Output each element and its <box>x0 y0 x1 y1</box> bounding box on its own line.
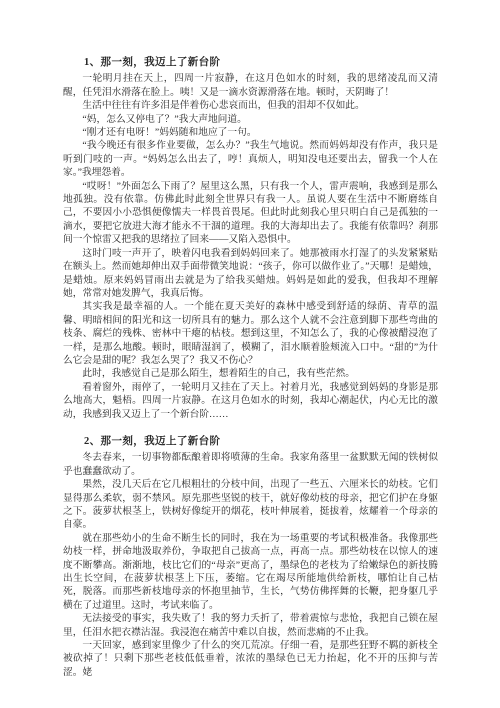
paragraph: 无法接受的事实，我失败了！我的努力夭折了，带着震惊与悲怆，我把自己锁在屋里，任泪… <box>63 612 438 639</box>
paragraph: “哎呀！”外面怎么下雨了？屋里这么黑，只有我一个人，雷声震响，我感到是那么地孤独… <box>63 180 438 247</box>
paragraph: 果然，没几天后在它几根粗壮的分枝中间，出现了一些五、六厘米长的幼枝。它们显得那么… <box>63 478 438 532</box>
essay-2: 2、那一刻，我迈上了新台阶 冬去春来，一切事物都酝酿着即将喷薄的生命。我家角落里… <box>63 435 438 679</box>
essay-2-title: 2、那一刻，我迈上了新台阶 <box>63 435 438 448</box>
paragraph: 看着窗外，雨停了，一轮明月又挂在了天上。衬着月光，我感觉到妈妈的身影是那么地高大… <box>63 381 438 421</box>
paragraph: 此时，我感觉自己是那么陌生，想着陌生的自己，我有些茫然。 <box>63 367 438 380</box>
paragraph: 生活中往往有许多泪是伴着伤心悲哀而出，但我的泪却不仅如此。 <box>63 99 438 112</box>
document-page: 1、那一刻，我迈上了新台阶 一轮明月挂在天上，四周一片寂静，在这月色如水的时刻，… <box>0 0 500 708</box>
paragraph: “刚才还有电呀！”妈妈随和地应了一句。 <box>63 126 438 139</box>
paragraph: “妈，怎么又停电了？”我大声地问道。 <box>63 113 438 126</box>
paragraph: 一天回家，感到家里像少了什么的突兀荒凉。仔细一看，是那些狂野不羁的新枝全被砍掉了… <box>63 639 438 679</box>
paragraph: 冬去春来，一切事物都酝酿着即将喷薄的生命。我家角落里一盆默默无闻的铁树似乎也蠢蠢… <box>63 451 438 478</box>
essay-1-title: 1、那一刻，我迈上了新台阶 <box>63 56 438 69</box>
essay-1: 1、那一刻，我迈上了新台阶 一轮明月挂在天上，四周一片寂静，在这月色如水的时刻，… <box>63 56 438 421</box>
paragraph: “我今晚还有很多作业要做，怎么办？”我生气地说。然而妈妈却没有作声，我只是听到门… <box>63 139 438 179</box>
paragraph: 一轮明月挂在天上，四周一片寂静，在这月色如水的时刻，我的思绪凌乱而又清醒，任凭泪… <box>63 72 438 99</box>
paragraph: 这时门吱一声开了，映着闪电我看到妈妈回来了。她那被雨水打湿了的头发紧紧贴在额头上… <box>63 247 438 301</box>
paragraph: 其实我是最幸福的人。一个能在夏天美好的森林中感受到舒适的绿荫、青草的温馨、明暗相… <box>63 300 438 367</box>
paragraph: 就在那些幼小的生命不断生长的同时，我在为一场重要的考试积极准备。我像那些幼枝一样… <box>63 532 438 612</box>
